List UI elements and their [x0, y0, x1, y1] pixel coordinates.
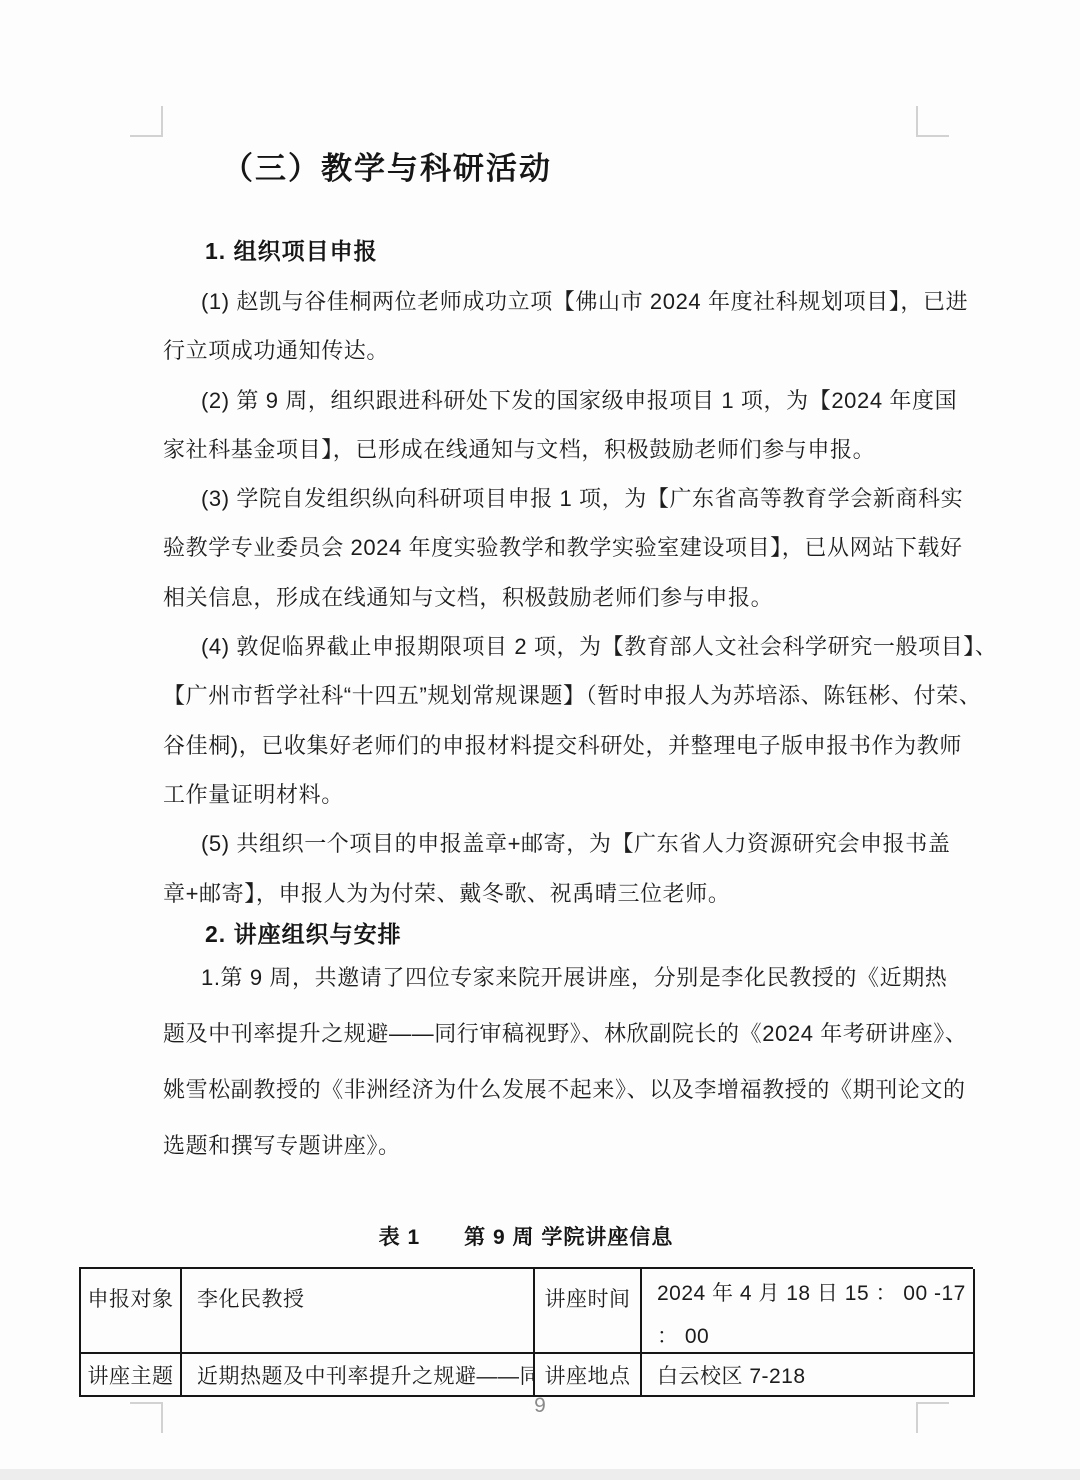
paragraph-line: (3) 学院自发组织纵向科研项目申报 1 项，为【广东省高等教育学会新商科实 — [163, 474, 963, 523]
paragraph-line: 章+邮寄】，申报人为为付荣、戴冬歌、祝禹晴三位老师。 — [163, 869, 963, 918]
section-2-paragraphs: 1.第 9 周，共邀请了四位专家来院开展讲座，分别是李化民教授的《近期热 题及中… — [163, 950, 963, 1174]
page-number: 9 — [0, 1394, 1080, 1418]
table-cell-lecture-time: 2024 年 4 月 18 日 15 ： 00 -17 ： 00 — [642, 1269, 975, 1354]
paragraph-line: 验教学专业委员会 2024 年度实验教学和教学实验室建设项目】，已从网站下载好 — [163, 523, 963, 572]
paragraph-line: 相关信息，形成在线通知与文档，积极鼓励老师们参与申报。 — [163, 573, 963, 622]
paragraph-line: 行立项成功通知传达。 — [163, 326, 963, 375]
table-cell-label-lecture-time: 讲座时间 — [535, 1269, 642, 1354]
paragraph-line: 【广州市哲学社科“十四五”规划常规课题】（暂时申报人为苏培添、陈钰彬、付荣、 — [163, 671, 963, 720]
paragraph-line: 谷佳桐)，已收集好老师们的申报材料提交科研处，并整理电子版申报书作为教师 — [163, 721, 963, 770]
paragraph-line: (5) 共组织一个项目的申报盖章+邮寄，为【广东省人力资源研究会申报书盖 — [163, 819, 963, 868]
subsection-2-title: 2. 讲座组织与安排 — [205, 916, 402, 949]
paragraph-line: 姚雪松副教授的《非洲经济为什么发展不起来》、以及李增福教授的《期刊论文的 — [163, 1062, 963, 1118]
margin-corner-top-right — [916, 106, 949, 137]
table-caption: 表 1 第 9 周 学院讲座信息 — [80, 1221, 972, 1251]
section-1-paragraphs: (1) 赵凯与谷佳桐两位老师成功立项【佛山市 2024 年度社科规划项目】，已进… — [163, 277, 963, 918]
table-cell-lecture-place: 白云校区 7-218 — [642, 1354, 975, 1397]
paragraph-line: 1.第 9 周，共邀请了四位专家来院开展讲座，分别是李化民教授的《近期热 — [163, 950, 963, 1006]
paragraph-line: (4) 敦促临界截止申报期限项目 2 项，为【教育部人文社会科学研究一般项目】、 — [163, 622, 963, 671]
paragraph-line: 家社科基金项目】，已形成在线通知与文档，积极鼓励老师们参与申报。 — [163, 425, 963, 474]
margin-corner-top-left — [130, 106, 163, 137]
page-bottom-edge — [0, 1469, 1080, 1480]
document-page: { "heading": "（三）教学与科研活动", "section1": {… — [0, 0, 1080, 1480]
lecture-info-table: 申报对象 李化民教授 讲座时间 2024 年 4 月 18 日 15 ： 00 … — [79, 1267, 973, 1397]
table-cell-label-lecture-topic: 讲座主题 — [81, 1354, 182, 1397]
paragraph-line: 工作量证明材料。 — [163, 770, 963, 819]
table-cell-label-lecture-place: 讲座地点 — [535, 1354, 642, 1397]
paragraph-line: (1) 赵凯与谷佳桐两位老师成功立项【佛山市 2024 年度社科规划项目】，已进 — [163, 277, 963, 326]
paragraph-line: 选题和撰写专题讲座》。 — [163, 1118, 963, 1174]
paragraph-line: 题及中刊率提升之规避——同行审稿视野》、林欣副院长的《2024 年考研讲座》、 — [163, 1006, 963, 1062]
table-cell-applicant: 李化民教授 — [182, 1269, 535, 1354]
section-heading: （三）教学与科研活动 — [222, 143, 552, 188]
subsection-1-title: 1. 组织项目申报 — [205, 233, 378, 266]
table-cell-lecture-topic: 近期热题及中刊率提升之规避——同行 — [182, 1354, 535, 1397]
paragraph-line: (2) 第 9 周，组织跟进科研处下发的国家级申报项目 1 项，为【2024 年… — [163, 376, 963, 425]
table-cell-label-applicant: 申报对象 — [81, 1269, 182, 1354]
